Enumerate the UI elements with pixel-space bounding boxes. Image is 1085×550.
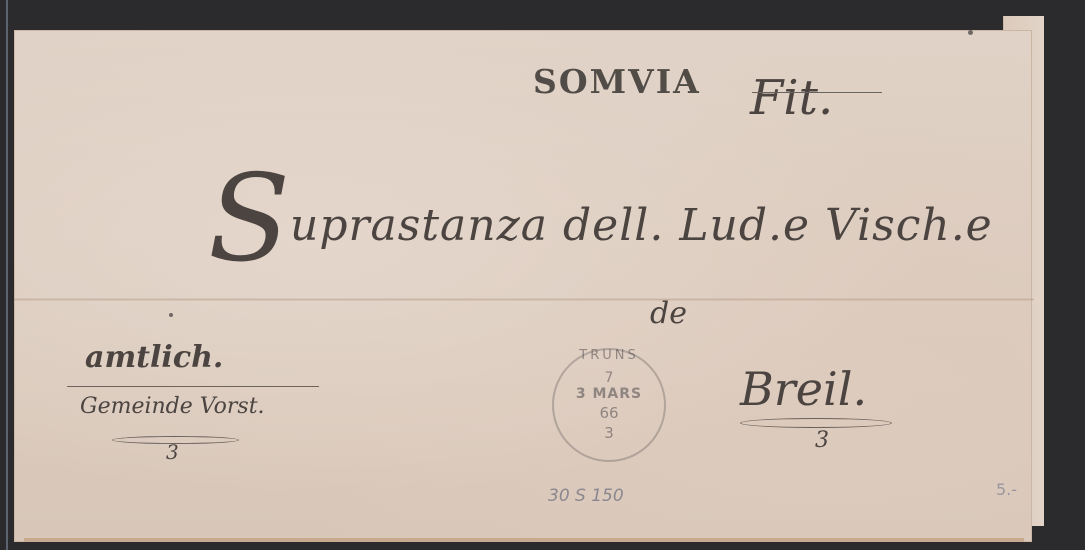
postmark-day: 7 (554, 370, 664, 386)
postmark-month: 3 MARS (554, 386, 664, 402)
fold-crease (14, 298, 1034, 301)
straight-line-cancel: SOMVIA (533, 62, 701, 101)
salutation-text: Fit. (750, 70, 833, 126)
pencil-reference-note: 30 S 150 (548, 486, 624, 506)
address-line-2: de (650, 296, 687, 331)
sender-flourish-mark: 3 (166, 440, 179, 464)
postmark-town: TRUNS (564, 348, 654, 363)
pencil-price-note: 5.- (996, 480, 1017, 499)
address-city: Breil. (740, 362, 867, 416)
circular-postmark: TRUNS 7 3 MARS 66 3 (552, 348, 666, 462)
salutation-strike-line (752, 92, 882, 93)
scan-frame-edge (6, 0, 8, 550)
paper-spot (169, 313, 173, 317)
address-line-1: uprastanza dell. Lud.e Visch.e (290, 200, 993, 251)
address-initial: S (208, 150, 290, 289)
postmark-year: 66 (554, 404, 664, 422)
service-mark-underline (67, 386, 319, 387)
service-mark-text: amtlich. (85, 340, 223, 375)
postmark-number: 3 (554, 424, 664, 442)
letter-cover (14, 30, 1032, 542)
city-flourish-mark: 3 (815, 428, 829, 453)
city-underline-flourish (740, 418, 892, 428)
sender-text: Gemeinde Vorst. (80, 394, 265, 419)
paper-spot (968, 30, 973, 35)
cover-bottom-edge (24, 538, 1024, 542)
